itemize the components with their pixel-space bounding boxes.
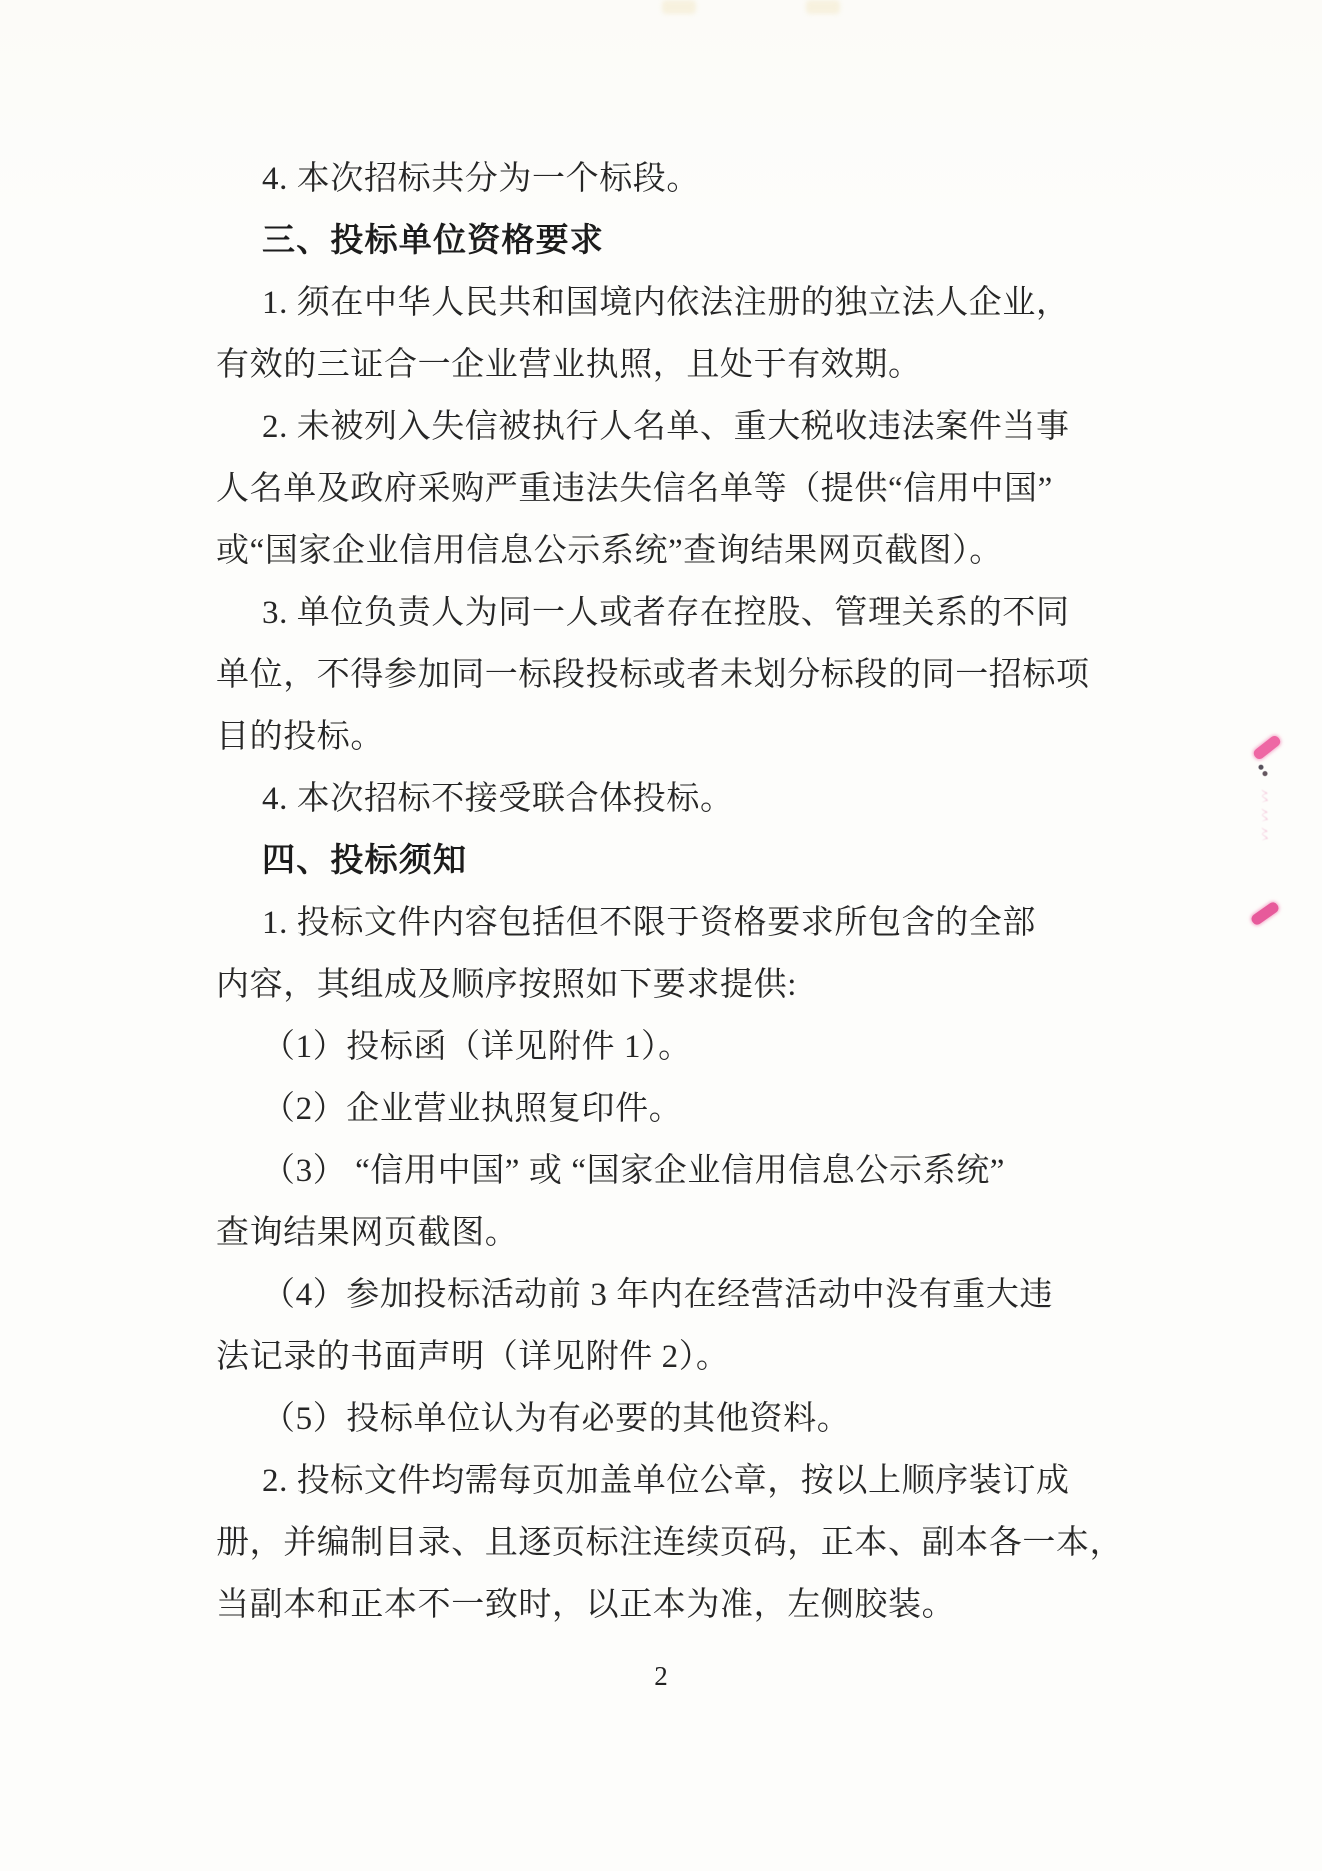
document-line: （1）投标函（详见附件 1）。: [216, 1016, 1116, 1078]
scanned-document-page: 4. 本次招标共分为一个标段。三、投标单位资格要求1. 须在中华人民共和国境内依…: [0, 0, 1322, 1871]
scan-smudge: [806, 0, 840, 14]
document-line: 人名单及政府采购严重违法失信名单等（提供“信用中国”: [216, 458, 1116, 520]
document-line: 查询结果网页截图。: [216, 1202, 1116, 1264]
page-number: 2: [0, 1660, 1322, 1692]
stamp-stroke-icon: [1250, 900, 1281, 926]
document-line: （4）参加投标活动前 3 年内在经营活动中没有重大违: [216, 1264, 1116, 1326]
stamp-faint-marks: 〻〻〻: [1256, 788, 1274, 906]
document-line: 1. 投标文件内容包括但不限于资格要求所包含的全部: [216, 892, 1116, 954]
document-body: 4. 本次招标共分为一个标段。三、投标单位资格要求1. 须在中华人民共和国境内依…: [216, 148, 1116, 1636]
document-line: 有效的三证合一企业营业执照，且处于有效期。: [216, 334, 1116, 396]
document-line: 目的投标。: [216, 706, 1116, 768]
document-line: 内容，其组成及顺序按照如下要求提供:: [216, 954, 1116, 1016]
document-line: 2. 投标文件均需每页加盖单位公章，按以上顺序装订成: [216, 1450, 1116, 1512]
document-line: 4. 本次招标不接受联合体投标。: [216, 768, 1116, 830]
document-line: 2. 未被列入失信被执行人名单、重大税收违法案件当事: [216, 396, 1116, 458]
document-line: （2）企业营业执照复印件。: [216, 1078, 1116, 1140]
document-line: 册，并编制目录、且逐页标注连续页码，正本、副本各一本，: [216, 1512, 1116, 1574]
document-line: 当副本和正本不一致时，以正本为准，左侧胶装。: [216, 1574, 1116, 1636]
document-line: 1. 须在中华人民共和国境内依法注册的独立法人企业，: [216, 272, 1116, 334]
document-line: 4. 本次招标共分为一个标段。: [216, 148, 1116, 210]
stamp-stroke-icon: [1252, 734, 1282, 761]
document-line: （5）投标单位认为有必要的其他资料。: [216, 1388, 1116, 1450]
scan-smudge: [662, 0, 696, 14]
stamp-speck: [1258, 764, 1268, 780]
document-line: 法记录的书面声明（详见附件 2）。: [216, 1326, 1116, 1388]
section-heading: 三、投标单位资格要求: [216, 210, 1116, 272]
document-line: 单位，不得参加同一标段投标或者未划分标段的同一招标项: [216, 644, 1116, 706]
document-line: （3） “信用中国” 或 “国家企业信用信息公示系统”: [216, 1140, 1116, 1202]
section-heading: 四、投标须知: [216, 830, 1116, 892]
document-line: 或“国家企业信用信息公示系统”查询结果网页截图）。: [216, 520, 1116, 582]
red-stamp-fragment: 〻〻〻: [1246, 736, 1288, 936]
document-line: 3. 单位负责人为同一人或者存在控股、管理关系的不同: [216, 582, 1116, 644]
